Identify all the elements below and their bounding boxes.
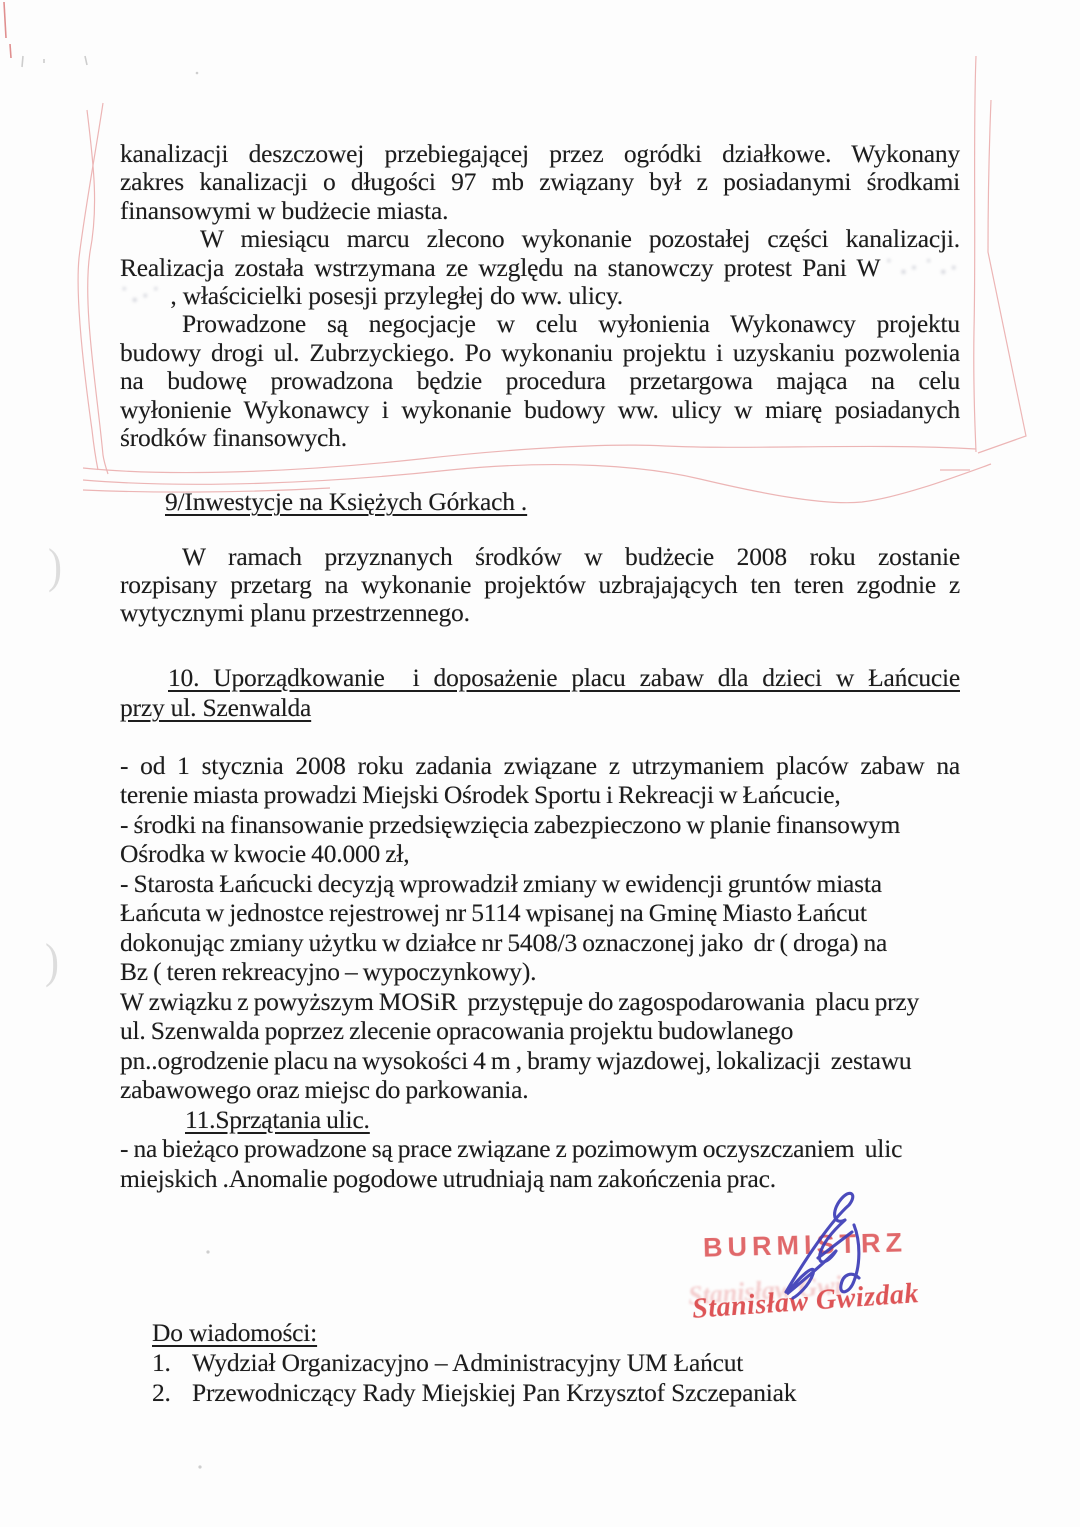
text-line: zakres kanalizacji o długości 97 mb zwią… xyxy=(120,168,960,196)
scan-curl-mark: ) xyxy=(45,934,59,989)
line-text: W miesiącu marcu zlecono wykonanie pozos… xyxy=(200,224,960,253)
text-block: W ramach przyznanych środków w budżecie … xyxy=(120,543,960,628)
text-line: ul. Szenwalda poprzez zlecenie opracowan… xyxy=(120,1016,960,1046)
text-line: - środki na finansowanie przedsięwzięcia… xyxy=(120,810,960,840)
line-text: W związku z powyższym MOSiR przystępuje … xyxy=(120,987,919,1016)
text-line: - na bieżąco prowadzone są prace związan… xyxy=(120,1134,960,1164)
text-line: - od 1 stycznia 2008 roku zadania związa… xyxy=(120,751,960,781)
line-text: Łańcuta w jednostce rejestrowej nr 5114 … xyxy=(120,898,867,927)
distribution-item: 2.Przewodniczący Rady Miejskiej Pan Krzy… xyxy=(152,1378,912,1408)
line-text: W ramach przyznanych środków w budżecie … xyxy=(182,542,960,571)
item-number: 2. xyxy=(152,1378,192,1408)
line-text: Ośrodka w kwocie 40.000 zł, xyxy=(120,839,409,868)
text-line: 10. Uporządkowanie i doposażenie placu z… xyxy=(120,663,960,693)
text-line: Bz ( teren rekreacyjno – wypoczynkowy). xyxy=(120,957,960,987)
line-text: zakres kanalizacji o długości 97 mb zwią… xyxy=(120,167,960,196)
line-text: rozpisany przetarg na wykonanie projektó… xyxy=(120,570,960,599)
mayor-stamp-title: BURMISTRZ xyxy=(703,1227,908,1263)
line-text: finansowymi w budżecie miasta. xyxy=(120,196,448,225)
line-text: 11.Sprzątania ulic. xyxy=(185,1105,370,1134)
line-text: wytycznymi planu przestrzennego. xyxy=(120,598,470,627)
text-line: 11.Sprzątania ulic. xyxy=(120,1105,960,1135)
line-text: - na bieżąco prowadzone są prace związan… xyxy=(120,1134,902,1163)
line-text: pn..ogrodzenie placu na wysokości 4 m , … xyxy=(120,1046,911,1075)
line-text: ul. Szenwalda poprzez zlecenie opracowan… xyxy=(120,1016,793,1045)
text-line: terenie miasta prowadzi Miejski Ośrodek … xyxy=(120,780,960,810)
text-line: środków finansowych. xyxy=(120,424,960,452)
text-line: W związku z powyższym MOSiR przystępuje … xyxy=(120,987,960,1017)
line-text: zabawowego oraz miejsc do parkowania. xyxy=(120,1075,528,1104)
text-line: przy ul. Szenwalda xyxy=(120,693,960,723)
line-text: przy ul. Szenwalda xyxy=(120,693,311,722)
line-text: dokonując zmiany użytku w działce nr 540… xyxy=(120,928,887,957)
line-text: - środki na finansowanie przedsięwzięcia… xyxy=(120,810,900,839)
item-text: Przewodniczący Rady Miejskiej Pan Krzysz… xyxy=(192,1378,796,1407)
distribution-items: 1.Wydział Organizacyjno – Administracyjn… xyxy=(152,1348,912,1408)
line-text: terenie miasta prowadzi Miejski Ośrodek … xyxy=(120,780,841,809)
text-line: - Starosta Łańcucki decyzją wprowadził z… xyxy=(120,869,960,899)
text-block: Prowadzone są negocjacje w celu wyłonien… xyxy=(120,310,960,452)
text-line: Ośrodka w kwocie 40.000 zł, xyxy=(120,839,960,869)
line-text: miejskich .Anomalie pogodowe utrudniają … xyxy=(120,1164,776,1193)
item-number: 1. xyxy=(152,1348,192,1378)
redacted-text: ˙˖·˙ xyxy=(120,281,170,310)
text-line: finansowymi w budżecie miasta. xyxy=(120,197,960,225)
distribution-item: 1.Wydział Organizacyjno – Administracyjn… xyxy=(152,1348,912,1378)
text-line: miejskich .Anomalie pogodowe utrudniają … xyxy=(120,1164,960,1194)
text-block: - od 1 stycznia 2008 roku zadania związa… xyxy=(120,751,960,1194)
text-block: kanalizacji deszczowej przebiegającej pr… xyxy=(120,140,960,225)
text-line: pn..ogrodzenie placu na wysokości 4 m , … xyxy=(120,1046,960,1076)
text-block: 9/Inwestycje na Księżych Górkach . xyxy=(120,488,960,516)
text-line: dokonując zmiany użytku w działce nr 540… xyxy=(120,928,960,958)
text-line: Łańcuta w jednostce rejestrowej nr 5114 … xyxy=(120,898,960,928)
scan-curl-mark: ) xyxy=(48,539,62,594)
text-line: 9/Inwestycje na Księżych Górkach . xyxy=(120,488,960,516)
line-text: wyłonienie Wykonawcy i wykonanie budowy … xyxy=(120,395,960,424)
text-line: rozpisany przetarg na wykonanie projektó… xyxy=(120,571,960,599)
text-line: W miesiącu marcu zlecono wykonanie pozos… xyxy=(120,225,960,253)
line-text: Realizacja została wstrzymana ze względu… xyxy=(120,253,880,282)
line-text: kanalizacji deszczowej przebiegającej pr… xyxy=(120,139,960,168)
text-block: 10. Uporządkowanie i doposażenie placu z… xyxy=(120,663,960,723)
redacted-text: ˙˖·˙˖· xyxy=(880,253,960,282)
text-line: wyłonienie Wykonawcy i wykonanie budowy … xyxy=(120,396,960,424)
line-text: 9/Inwestycje na Księżych Górkach . xyxy=(165,487,527,516)
line-text: 10. Uporządkowanie i doposażenie placu z… xyxy=(168,663,960,692)
text-line: na budowę prowadzona będzie procedura pr… xyxy=(120,367,960,395)
line-text: budowy drogi ul. Zubrzyckiego. Po wykona… xyxy=(120,338,960,367)
text-line: zabawowego oraz miejsc do parkowania. xyxy=(120,1075,960,1105)
text-line: budowy drogi ul. Zubrzyckiego. Po wykona… xyxy=(120,339,960,367)
line-text: Prowadzone są negocjacje w celu wyłonien… xyxy=(182,309,960,338)
line-text: - Starosta Łańcucki decyzją wprowadził z… xyxy=(120,869,882,898)
line-text: - od 1 stycznia 2008 roku zadania związa… xyxy=(120,751,960,780)
line-text: , właścicielki posesji przyległej do ww.… xyxy=(170,281,623,310)
text-line: Prowadzone są negocjacje w celu wyłonien… xyxy=(120,310,960,338)
line-text: na budowę prowadzona będzie procedura pr… xyxy=(120,366,960,395)
text-line: W ramach przyznanych środków w budżecie … xyxy=(120,543,960,571)
text-line: kanalizacji deszczowej przebiegającej pr… xyxy=(120,140,960,168)
text-line: wytycznymi planu przestrzennego. xyxy=(120,599,960,627)
text-block: W miesiącu marcu zlecono wykonanie pozos… xyxy=(120,225,960,310)
line-text: Bz ( teren rekreacyjno – wypoczynkowy). xyxy=(120,957,536,986)
document-body: kanalizacji deszczowej przebiegającej pr… xyxy=(120,140,960,1193)
distribution-heading: Do wiadomości: xyxy=(152,1318,912,1348)
text-line: Realizacja została wstrzymana ze względu… xyxy=(120,254,960,282)
distribution-list: Do wiadomości: 1.Wydział Organizacyjno –… xyxy=(152,1318,912,1408)
line-text: środków finansowych. xyxy=(120,423,347,452)
item-text: Wydział Organizacyjno – Administracyjny … xyxy=(192,1348,743,1377)
scanned-document-page: ) ) kanalizacji deszczowej przebiegające… xyxy=(0,0,1080,1527)
text-line: ˙˖·˙ , właścicielki posesji przyległej d… xyxy=(120,282,960,310)
